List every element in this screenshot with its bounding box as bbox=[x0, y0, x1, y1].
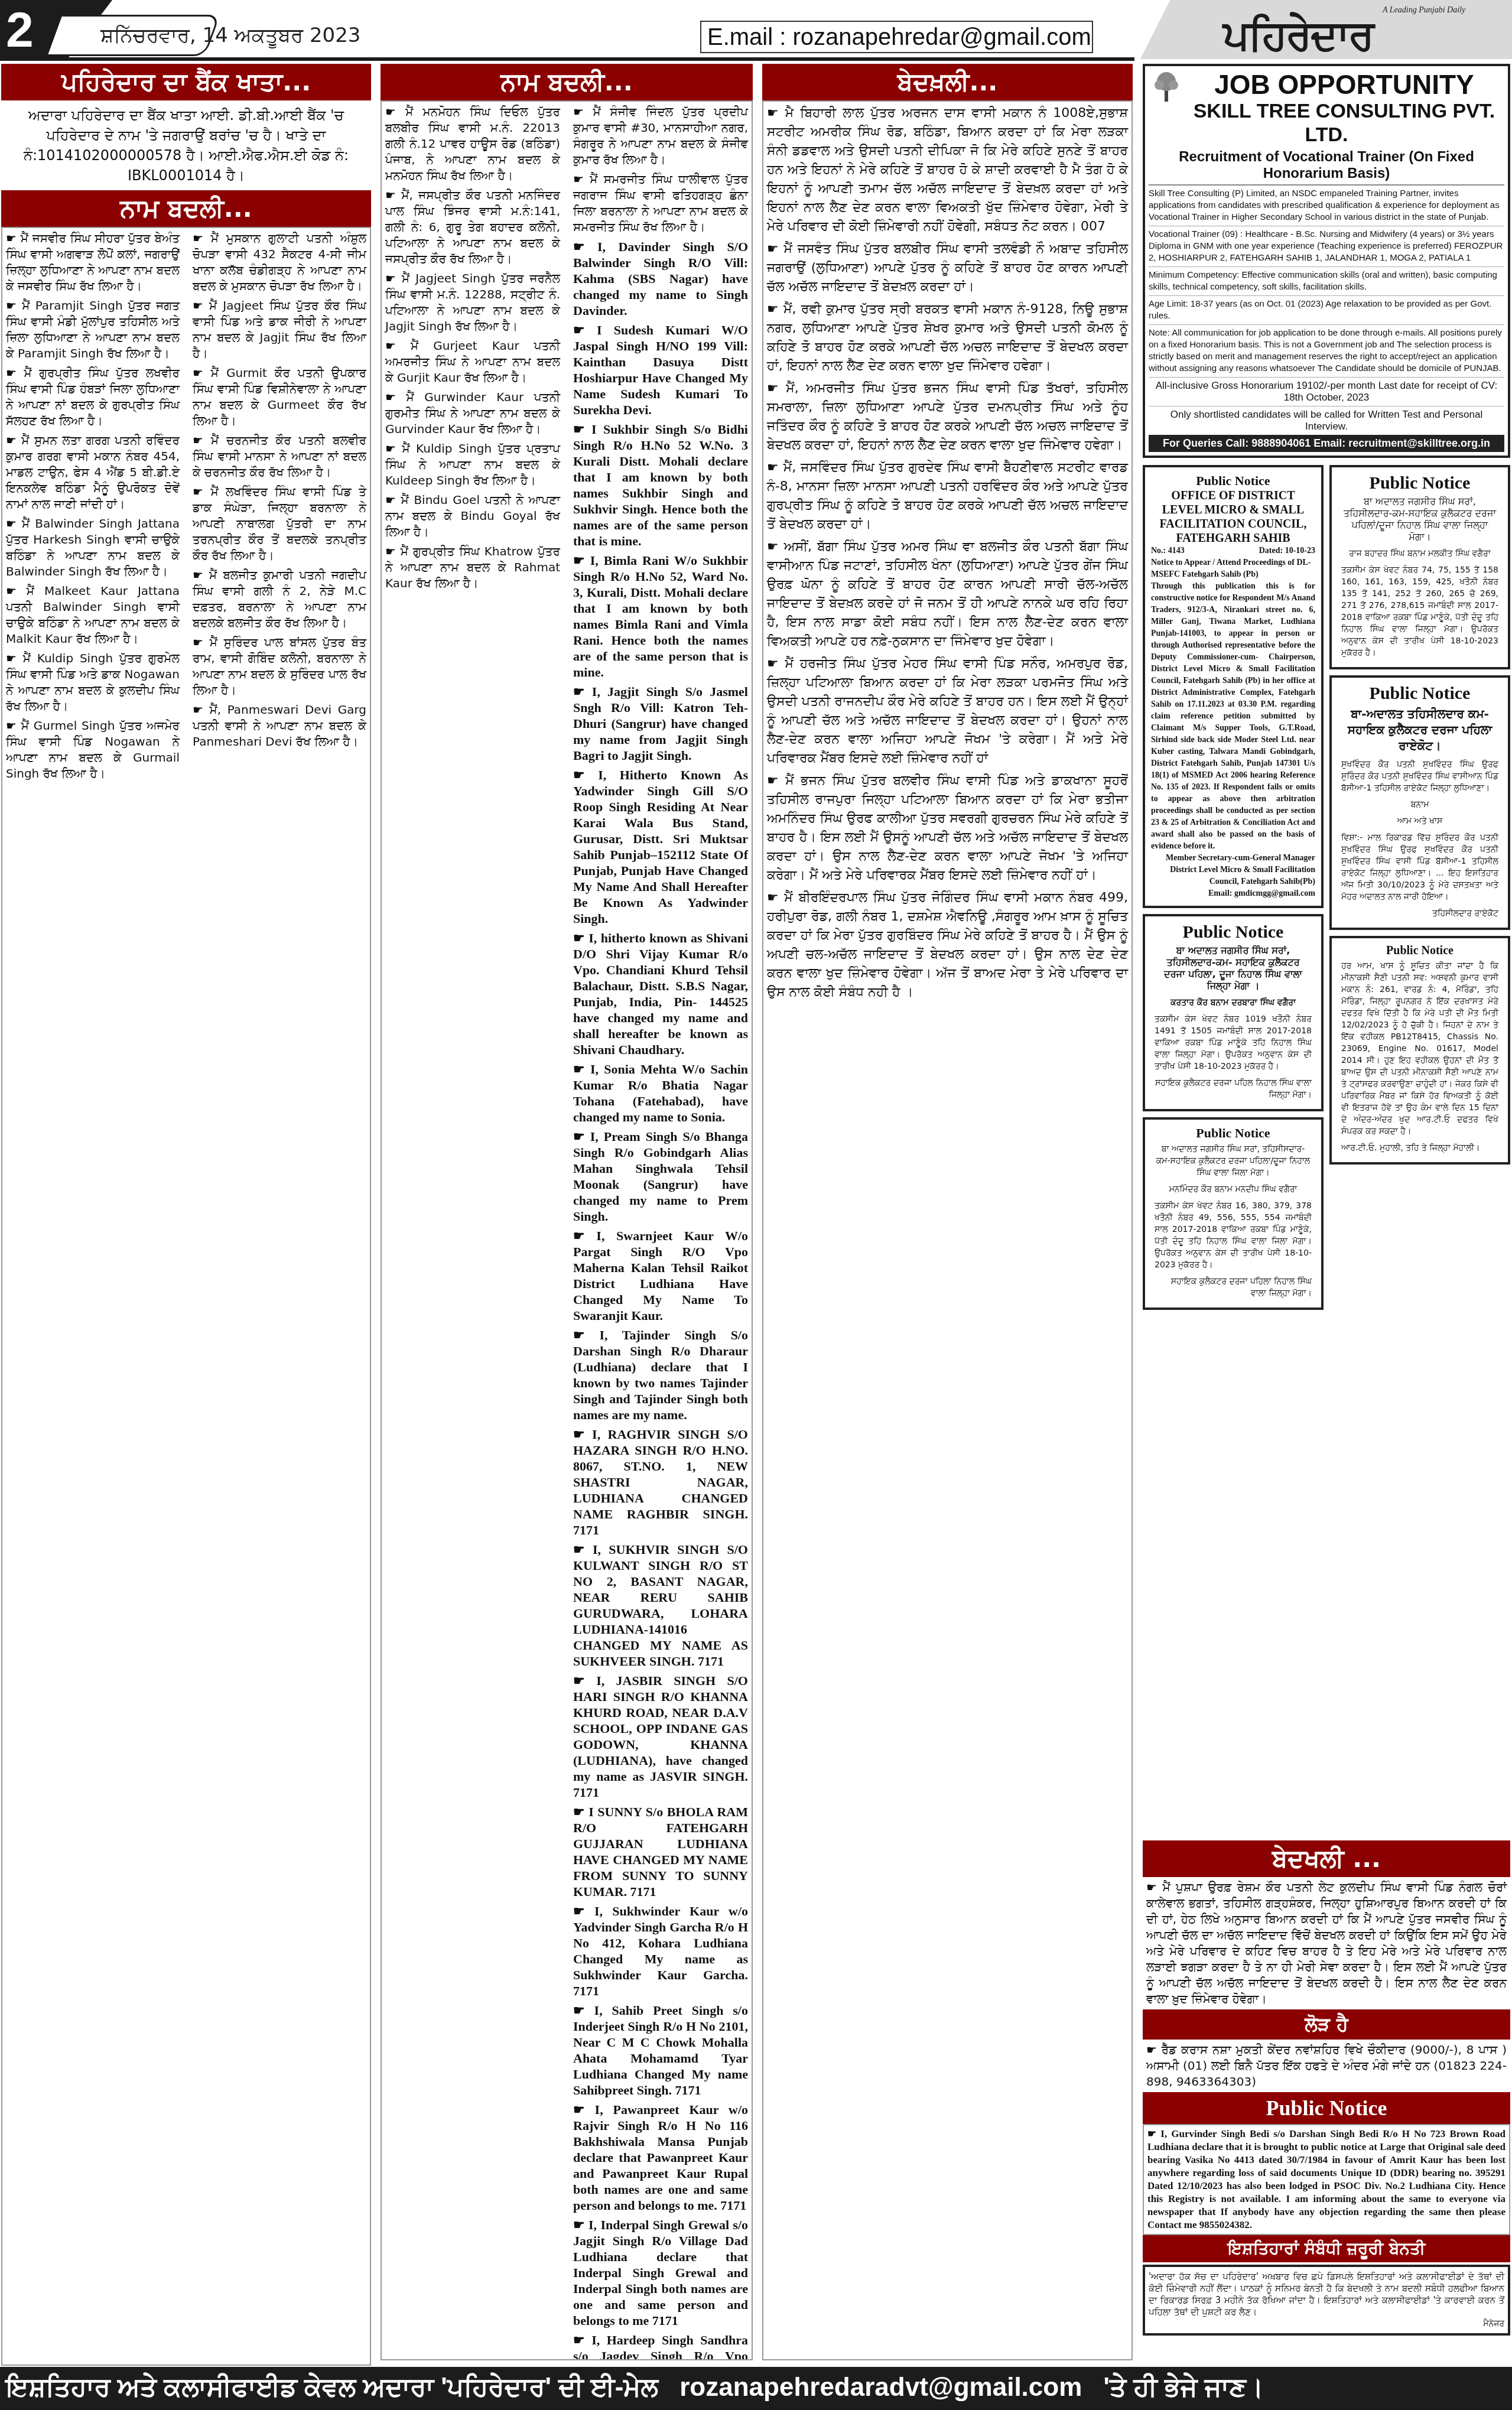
msefc-notice: Public Notice OFFICE OF DISTRICT LEVEL M… bbox=[1143, 465, 1324, 908]
notice-court: ਬਾ ਅਦਾਲਤ ਜਗਸੀਰ ਸਿੰਘ ਸਰਾਂ, ਤਹਿਸੀਲਦਾਰ-ਕਮ- … bbox=[1151, 942, 1315, 994]
header-rule bbox=[0, 57, 1134, 61]
notice-title: Public Notice bbox=[1151, 1126, 1315, 1141]
list-item: ਮੈਂ ਜਸਵੰਤ ਸਿੰਘ ਪੁੱਤਰ ਬਲਬੀਰ ਸਿੰਘ ਵਾਸੀ ਤਲਵ… bbox=[767, 240, 1128, 297]
list-item: ਮੈਂ Gurmit ਕੌਰ ਪਤਨੀ ਉਪਕਾਰ ਸਿੰਘ ਵਾਸੀ ਪਿੰਡ… bbox=[193, 365, 366, 429]
list-item: ਮੈਂ ਗੁਰਪ੍ਰੀਤ ਸਿੰਘ Khatrow ਪੁੱਤਰ ਨੇ ਆਪਣਾ … bbox=[385, 544, 560, 591]
notice-body: ਤਕਸੀਮ ਕੇਸ ਖੇਵਟ ਨੰਬਰ 1019 ਖਤੌਨੀ ਨੰਬਰ 1491… bbox=[1151, 1011, 1315, 1075]
list-item: I Sukhbir Singh S/o Bidhi Singh R/o H.No… bbox=[573, 421, 748, 549]
list-item: I, Hardeep Singh Sandhra s/o Jagdev Sing… bbox=[573, 2332, 748, 2360]
notice-signatory: ਸਹਾਇਕ ਕੁਲੈਕਟਰ ਦਰਜਾ ਪਹਿਲ ਨਿਹਾਲ ਸਿੰਘ ਵਾਲਾ … bbox=[1151, 1075, 1315, 1103]
job-age-limit: Age Limit: 18-37 years (as on Oct. 01 (2… bbox=[1149, 296, 1504, 325]
list-item: I SUNNY S/o BHOLA RAM R/O FATEHGARH GUJJ… bbox=[573, 1804, 748, 1900]
list-item: I, hitherto known as Shivani D/O Shri Vi… bbox=[573, 930, 748, 1058]
list-item: ਮੈਂ, Panmeswari Devi Garg ਪਤਨੀ ਵਾਸੀ ਨੇ ਆ… bbox=[193, 702, 366, 750]
list-item: I, Hitherto Known As Yadwinder Singh Gil… bbox=[573, 767, 748, 926]
job-shortlist: Only shortlisted candidates will be call… bbox=[1149, 406, 1504, 435]
list-item: ਮੈਂ ਹਰਜੀਤ ਸਿੰਘ ਪੁੱਤਰ ਮੇਹਰ ਸਿੰਘ ਵਾਸੀ ਪਿੰਡ… bbox=[767, 655, 1128, 768]
raikot-notice: Public Notice ਬਾ-ਅਦਾਲਤ ਤਹਿਸੀਲਦਾਰ ਕਮ-ਸਹਾਇ… bbox=[1329, 675, 1510, 930]
notice-court: ਬਾ ਅਦਾਲਤ ਜਗਸੀਰ ਸਿੰਘ ਸਰਾਂ, ਤਹਿਸੀਲਦਾਰ-ਕਮ-ਸ… bbox=[1338, 493, 1502, 545]
job-queries: For Queries Call: 9888904061 Email: recr… bbox=[1149, 435, 1504, 452]
list-item: I, SUKHVIR SINGH S/O KULWANT SINGH R/O S… bbox=[573, 1541, 748, 1669]
list-item: ਮੈਂ, ਜਸਪ੍ਰੀਤ ਕੌਰ ਪਤਨੀ ਮਨਜਿੰਦਰ ਪਾਲ ਸਿੰਘ ਝ… bbox=[385, 187, 560, 267]
list-item: ਮੈਂ ਬਲਜੀਤ ਕੁਮਾਰੀ ਪਤਨੀ ਜਗਦੀਪ ਸਿੰਘ ਵਾਸੀ ਗਲ… bbox=[193, 567, 366, 631]
notice-number: No.: 4143 bbox=[1151, 545, 1185, 557]
job-intro: Skill Tree Consulting (P) Limited, an NS… bbox=[1149, 186, 1504, 226]
footer-banner: ਇਸ਼ਤਿਹਾਰ ਅਤੇ ਕਲਾਸੀਫਾਈਡ ਕੇਵਲ ਅਦਾਰਾ 'ਪਹਿਰੇ… bbox=[0, 2367, 1512, 2410]
list-item: ਮੈਂ Kuldip Singh ਪੁੱਤਰ ਪ੍ਰਤਾਪ ਸਿੰਘ ਨੇ ਆਪ… bbox=[385, 441, 560, 489]
job-title: JOB OPPORTUNITY bbox=[1149, 70, 1504, 99]
notice-versus: ਬਨਾਮ bbox=[1338, 796, 1502, 813]
disinheritance-banner: ਬੇਦਖ਼ਲੀ... bbox=[762, 64, 1133, 100]
list-item: I Sudesh Kumari W/O Jaspal Singh H/NO 19… bbox=[573, 322, 748, 418]
notice-title: Public Notice bbox=[1338, 684, 1502, 704]
list-item: ਮੈਂ Jagjeet Singh ਪੁੱਤਰ ਜਰਨੈਲ ਸਿੰਘ ਵਾਸੀ … bbox=[385, 271, 560, 334]
disclaimer-sign: ਮੈਨੇਜਰ bbox=[1149, 2318, 1504, 2330]
list-item: ਮੈ ਬਿਹਾਰੀ ਲਾਲ ਪੁੱਤਰ ਅਰਜਨ ਦਾਸ ਵਾਸੀ ਮਕਾਨ ਨ… bbox=[767, 104, 1128, 236]
notice-signatory: ਤਹਿਸੀਲਦਾਰ ਰਾਏਕੋਟ bbox=[1338, 905, 1502, 922]
notice-parties: ਸੁਖਵਿੰਦਰ ਕੌਰ ਪਤਨੀ ਸੁਖਵਿੰਦਰ ਸਿੰਘ ਉਰਫ ਸੁਰਿ… bbox=[1338, 756, 1502, 796]
footer-email[interactable]: rozanapehredaradvt@gmail.com bbox=[679, 2373, 1082, 2402]
wanted-entry: ਰੈੱਡ ਕਰਾਸ ਨਸ਼ਾ ਮੁਕਤੀ ਕੇਂਦਰ ਨਵਾਂਸ਼ਹਿਰ ਵਿਖ… bbox=[1143, 2040, 1510, 2092]
masthead: 2 ਸ਼ਨਿੱਚਰਵਾਰ, 14 ਅਕਤੂਬਰ 2023 E.mail : ro… bbox=[0, 0, 1512, 59]
list-item: I, Bimla Rani W/o Sukhbir Singh R/o H.No… bbox=[573, 552, 748, 680]
email-box[interactable]: E.mail : rozanapehredar@gmail.com bbox=[700, 21, 1093, 53]
disclaimer-banner: ਇਸ਼ਤਿਹਾਰਾਂ ਸੰਬੰਧੀ ਜ਼ਰੂਰੀ ਬੇਨਤੀ bbox=[1143, 2235, 1510, 2262]
wanted-banner: ਲੋੜ ਹੈ bbox=[1143, 2009, 1510, 2040]
list-item: ਅਸੀਂ, ਬੱਗਾ ਸਿੰਘ ਪੁੱਤਰ ਅਮਰ ਸਿੰਘ ਵਾ ਬਲਜੀਤ … bbox=[767, 538, 1128, 651]
notice-signatory: ਸਹਾਇਕ ਕੁਲੈਕਟਰ ਦਰਜਾ ਪਹਿਲਾ ਨਿਹਾਲ ਸਿੰਘ ਵਾਲਾ… bbox=[1151, 1273, 1315, 1302]
list-item: ਮੈਂ ਬੀਰਇੰਦਰਪਾਲ ਸਿੰਘ ਪੁੱਤਰ ਜੋਗਿੰਦਰ ਸਿੰਘ ਵ… bbox=[767, 889, 1128, 1002]
list-item: ਮੈਂ ਲਖਵਿੰਦਰ ਸਿੰਘ ਵਾਸੀ ਪਿੰਡ ਤੇ ਡਾਕ ਸੰਘੇੜਾ… bbox=[193, 484, 366, 564]
name-change-right: ਮੈਂ ਮੁਸਕਾਨ ਗੁਲਾਟੀ ਪਤਨੀ ਅੰਸ਼ੁਲ ਚੋਪੜਾ ਵਾਸੀ… bbox=[189, 228, 370, 2365]
notice-parties: ਕਰਤਾਰ ਕੌਰ ਬਨਾਮ ਦਰਬਾਰਾ ਸਿੰਘ ਵਗੈਰਾ bbox=[1151, 994, 1315, 1011]
list-item: I, RAGHVIR SINGH S/O HAZARA SINGH R/O H.… bbox=[573, 1426, 748, 1538]
job-subtitle: Recruitment of Vocational Trainer (On Fi… bbox=[1149, 147, 1504, 186]
job-ad: JOB OPPORTUNITY SKILL TREE CONSULTING PV… bbox=[1143, 64, 1510, 458]
disclaimer-text: 'ਅਦਾਰਾ ਹੱਕ ਸੱਚ ਦਾ ਪਹਿਰੇਦਾਰ' ਅਖ਼ਬਾਰ ਵਿਚ ਛ… bbox=[1149, 2271, 1504, 2318]
list-item: ਮੈਂ Malkeet Kaur Jattana ਪਤਨੀ Balwinder … bbox=[6, 583, 180, 647]
job-note: Note: All communication for job applicat… bbox=[1149, 325, 1504, 378]
notice-body: ਵਿਸ਼ਾ:- ਮਾਲ ਰਿਕਾਰਡ ਵਿੱਚ ਸੁਰਿੰਦਰ ਕੌਰ ਪਤਨੀ… bbox=[1338, 830, 1502, 905]
list-item: ਮੈਂ ਸੁਰਿੰਦਰ ਪਾਲ ਬਾਂਸਲ ਪੁੱਤਰ ਬੰਤ ਰਾਮ, ਵਾਸ… bbox=[193, 635, 366, 698]
list-item: I, Jagjit Singh S/o Jasmel Sngh R/o Vill… bbox=[573, 684, 748, 763]
bank-details: ਅਦਾਰਾ ਪਹਿਰੇਦਾਰ ਦਾ ਬੈਂਕ ਖਾਤਾ ਆਈ. ਡੀ.ਬੀ.ਆਈ… bbox=[1, 100, 371, 190]
name-change-banner-2: ਨਾਮ ਬਦਲੀ... bbox=[381, 64, 753, 100]
bedakhli-entry: ਮੈਂ ਪੁਸ਼ਪਾ ਉਰਫ਼ ਰੇਸ਼ਮ ਕੌਰ ਪਤਨੀ ਲੇਟ ਕੁਲਦੀ… bbox=[1143, 1877, 1510, 2009]
notice-title: Public Notice bbox=[1338, 944, 1502, 958]
tagline: A Leading Punjabi Daily bbox=[1383, 6, 1465, 15]
list-item: I, Pream Singh S/o Bhanga Singh R/o Gobi… bbox=[573, 1128, 748, 1224]
job-honorarium: All-inclusive Gross Honorarium 19102/-pe… bbox=[1149, 378, 1504, 406]
raj-bahadur-notice: Public Notice ਬਾ ਅਦਾਲਤ ਜਗਸੀਰ ਸਿੰਘ ਸਰਾਂ, … bbox=[1329, 465, 1510, 669]
bottom-right-block: ਬੇਦਖਲੀ ... ਮੈਂ ਪੁਸ਼ਪਾ ਉਰਫ਼ ਰੇਸ਼ਮ ਕੌਰ ਪਤਨ… bbox=[1143, 1840, 1510, 2363]
kartar-kaur-notice: Public Notice ਬਾ ਅਦਾਲਤ ਜਗਸੀਰ ਸਿੰਘ ਸਰਾਂ, … bbox=[1143, 914, 1324, 1111]
notice-body: ਤਕਸੀਮ ਕੇਸ ਖੇਵਟ ਨੰਬਰ 16, 380, 379, 378 ਖਤ… bbox=[1151, 1198, 1315, 1273]
rto-notice: Public Notice ਹਰ ਆਮ, ਖਾਸ ਨੂੰ ਸੂਚਿਤ ਕੀਤਾ … bbox=[1329, 936, 1510, 1165]
public-notice-entry: I, Gurvinder Singh Bedi s/o Darshan Sing… bbox=[1143, 2124, 1510, 2235]
tree-logo-icon bbox=[1149, 70, 1184, 105]
name-change-banner: ਨਾਮ ਬਦਲੀ... bbox=[1, 190, 371, 227]
notice-title: Public Notice bbox=[1338, 473, 1502, 493]
column-ads-notices: JOB OPPORTUNITY SKILL TREE CONSULTING PV… bbox=[1143, 64, 1510, 1310]
list-item: ਮੈਂ ਗੁਰਪ੍ਰੀਤ ਸਿੰਘ ਪੁੱਤਰ ਲਖਵੀਰ ਸਿੰਘ ਵਾਸੀ … bbox=[6, 365, 180, 429]
notice-court: ਬਾ ਅਦਾਲਤ ਜਗਸੀਰ ਸਿੰਘ ਸਰਾਂ, ਤਹਿਸੀਸਦਾਰ-ਕਮ-ਸ… bbox=[1151, 1141, 1315, 1181]
disinheritance-list: ਮੈ ਬਿਹਾਰੀ ਲਾਲ ਪੁੱਤਰ ਅਰਜਨ ਦਾਸ ਵਾਸੀ ਮਕਾਨ ਨ… bbox=[762, 100, 1133, 2360]
name-change-list-2: ਮੈਂ ਮਨਮੋਹਨ ਸਿੰਘ ਦਿਓਲ ਪੁੱਤਰ ਬਲਬੀਰ ਸਿੰਘ ਵਾ… bbox=[381, 100, 753, 2360]
column-bank-namechange: ਪਹਿਰੇਦਾਰ ਦਾ ਬੈਂਕ ਖਾਤਾ... ਅਦਾਰਾ ਪਹਿਰੇਦਾਰ … bbox=[1, 64, 371, 2366]
name-change-left: ਮੈਂ ਜਸਵੀਰ ਸਿੰਘ ਸੀਹਰਾ ਪੁੱਤਰ ਬੇਅੰਤ ਸਿੰਘ ਵਾ… bbox=[2, 228, 183, 2365]
name-change-list: ਮੈਂ ਜਸਵੀਰ ਸਿੰਘ ਸੀਹਰਾ ਪੁੱਤਰ ਬੇਅੰਤ ਸਿੰਘ ਵਾ… bbox=[1, 227, 371, 2366]
list-item: ਮੈਂ ਸਮਰਜੀਤ ਸਿੰਘ ਧਾਲੀਵਾਲ ਪੁੱਤਰ ਜਗਰਾਜ ਸਿੰਘ… bbox=[573, 171, 748, 235]
list-item: ਮੈਂ, ਰਵੀ ਕੁਮਾਰ ਪੁੱਤਰ ਸ੍ਰੀ ਬਰਕਤ ਵਾਸੀ ਮਕਾਨ… bbox=[767, 300, 1128, 376]
list-item: ਮੈਂ Gurmel Singh ਪੁੱਤਰ ਅਜਮੇਰ ਸਿੰਘ ਵਾਸੀ ਪ… bbox=[6, 718, 180, 782]
list-item: ਮੈਂ ਚਰਨਜੀਤ ਕੌਰ ਪਤਨੀ ਬਲਵੀਰ ਸਿੰਘ ਵਾਸੀ ਮਾਨਸ… bbox=[193, 432, 366, 480]
list-item: ਮੈਂ, ਅਮਰਜੀਤ ਸਿੰਘ ਪੁੱਤਰ ਭਜਨ ਸਿੰਘ ਵਾਸੀ ਪਿੰ… bbox=[767, 379, 1128, 455]
notice-date: Dated: 10-10-23 bbox=[1259, 545, 1315, 557]
newspaper-logo: ਪਹਿਰੇਦਾਰ bbox=[1223, 11, 1373, 60]
list-item: I, Davinder Singh S/O Balwinder Singh R/… bbox=[573, 239, 748, 318]
list-item: ਮੈਂ ਭਜਨ ਸਿੰਘ ਪੁੱਤਰ ਬਲਵੀਰ ਸਿੰਘ ਵਾਸੀ ਪਿੰਡ … bbox=[767, 772, 1128, 885]
notice-respondent: ਆਮ ਅਤੇ ਖਾਸ bbox=[1338, 813, 1502, 830]
notice-signatory: Member Secretary-cum-General Manager Dis… bbox=[1151, 853, 1315, 888]
list-item: I, Sonia Mehta W/o Sachin Kumar R/o Bhat… bbox=[573, 1061, 748, 1125]
list-item: ਮੈਂ Gurwinder Kaur ਪਤਨੀ ਗੁਰਮੀਤ ਸਿੰਘ ਨੇ ਆ… bbox=[385, 389, 560, 437]
bank-banner: ਪਹਿਰੇਦਾਰ ਦਾ ਬੈਂਕ ਖਾਤਾ... bbox=[1, 64, 371, 100]
notice-court: ਬਾ-ਅਦਾਲਤ ਤਹਿਸੀਲਦਾਰ ਕਮ-ਸਹਾਇਕ ਕੁਲੈਕਟਰ ਦਰਜਾ… bbox=[1338, 704, 1502, 756]
list-item: I, Inderpal Singh Grewal s/o Jagjit Sing… bbox=[573, 2217, 748, 2328]
list-item: I, Sahib Preet Singh s/o Inderjeet Singh… bbox=[573, 2002, 748, 2098]
list-item: ਮੈਂ ਜਸਵੀਰ ਸਿੰਘ ਸੀਹਰਾ ਪੁੱਤਰ ਬੇਅੰਤ ਸਿੰਘ ਵਾ… bbox=[6, 230, 180, 294]
footer-text-end: 'ਤੇ ਹੀ ਭੇਜੇ ਜਾਣ। bbox=[1104, 2373, 1264, 2402]
list-item: ਮੈਂ Bindu Goel ਪਤਨੀ ਨੇ ਆਪਣਾ ਨਾਮ ਬਦਲ ਕੇ B… bbox=[385, 492, 560, 540]
notice-body: Through this publication this is for con… bbox=[1151, 581, 1315, 853]
list-item: I, Sukhwinder Kaur w/o Yadvinder Singh G… bbox=[573, 1903, 748, 1999]
name-change-left-2: ਮੈਂ ਮਨਮੋਹਨ ਸਿੰਘ ਦਿਓਲ ਪੁੱਤਰ ਬਲਬੀਰ ਸਿੰਘ ਵਾ… bbox=[382, 102, 564, 2359]
job-competency: Minimum Competency: Effective communicat… bbox=[1149, 267, 1504, 296]
list-item: ਮੈਂ Balwinder Singh Jattana ਪੁੱਤਰ Harkes… bbox=[6, 516, 180, 580]
list-item: ਮੈਂ Paramjit Singh ਪੁੱਤਰ ਜਗਤ ਸਿੰਘ ਵਾਸੀ ਮ… bbox=[6, 298, 180, 362]
column-name-change-2: ਨਾਮ ਬਦਲੀ... ਮੈਂ ਮਨਮੋਹਨ ਸਿੰਘ ਦਿਓਲ ਪੁੱਤਰ ਬ… bbox=[381, 64, 753, 2360]
list-item: ਮੈਂ, ਜਸਵਿੰਦਰ ਸਿੰਘ ਪੁੱਤਰ ਗੁਰਦੇਵ ਸਿੰਘ ਵਾਸੀ… bbox=[767, 458, 1128, 534]
notices-grid: Public Notice OFFICE OF DISTRICT LEVEL M… bbox=[1143, 465, 1510, 1310]
notices-right: Public Notice ਬਾ ਅਦਾਲਤ ਜਗਸੀਰ ਸਿੰਘ ਸਰਾਂ, … bbox=[1329, 465, 1510, 1310]
bedakhli-banner-2: ਬੇਦਖਲੀ ... bbox=[1143, 1840, 1510, 1877]
list-item: ਮੈਂ Kuldip Singh ਪੁੱਤਰ ਗੁਰਮੇਲ ਸਿੰਘ ਵਾਸੀ … bbox=[6, 651, 180, 714]
job-position: Vocational Trainer (09) : Healthcare - B… bbox=[1149, 226, 1504, 267]
list-item: I, JASBIR SINGH S/O HARI SINGH R/O KHANN… bbox=[573, 1673, 748, 1800]
list-item: ਮੈਂ ਮੁਸਕਾਨ ਗੁਲਾਟੀ ਪਤਨੀ ਅੰਸ਼ੁਲ ਚੋਪੜਾ ਵਾਸੀ… bbox=[193, 230, 366, 294]
list-item: I, Pawanpreet Kaur w/o Rajvir Singh R/o … bbox=[573, 2102, 748, 2213]
notice-parties: ਰਾਜ ਬਹਾਦਰ ਸਿੰਘ ਬਨਾਮ ਮਲਕੀਤ ਸਿੰਘ ਵਗੈਰਾ bbox=[1338, 545, 1502, 562]
notice-ref: No.: 4143Dated: 10-10-23 bbox=[1151, 545, 1315, 557]
column-disinheritance: ਬੇਦਖ਼ਲੀ... ਮੈ ਬਿਹਾਰੀ ਲਾਲ ਪੁੱਤਰ ਅਰਜਨ ਦਾਸ … bbox=[762, 64, 1133, 2360]
notice-title: Public Notice bbox=[1151, 473, 1315, 489]
notice-subject: Notice to Appear / Attend Proceedings of… bbox=[1151, 557, 1315, 581]
company-name: SKILL TREE CONSULTING PVT. LTD. bbox=[1149, 99, 1504, 147]
list-item: I, Tajinder Singh S/o Darshan Singh R/o … bbox=[573, 1327, 748, 1423]
footer-text: ਇਸ਼ਤਿਹਾਰ ਅਤੇ ਕਲਾਸੀਫਾਈਡ ਕੇਵਲ ਅਦਾਰਾ 'ਪਹਿਰੇ… bbox=[6, 2373, 658, 2402]
name-change-right-2: ਮੈਂ ਸੰਜੀਵ ਜਿੰਦਲ ਪੁੱਤਰ ਪ੍ਰਦੀਪ ਕੁਮਾਰ ਵਾਸੀ … bbox=[570, 102, 752, 2359]
manminder-notice: Public Notice ਬਾ ਅਦਾਲਤ ਜਗਸੀਰ ਸਿੰਘ ਸਰਾਂ, … bbox=[1143, 1117, 1324, 1310]
issue-date: ਸ਼ਨਿੱਚਰਵਾਰ, 14 ਅਕਤੂਬਰ 2023 bbox=[100, 24, 360, 47]
notice-body: ਹਰ ਆਮ, ਖਾਸ ਨੂੰ ਸੂਚਿਤ ਕੀਤਾ ਜਾਂਦਾ ਹੈ ਕਿ ਮੀ… bbox=[1338, 958, 1502, 1140]
public-notice-banner: Public Notice bbox=[1143, 2092, 1510, 2124]
notice-body: ਤਕਸੀਮ ਕੇਸ ਖੇਵਟ ਨੰਬਰ 74, 75, 155 ਤੋਂ 158 … bbox=[1338, 562, 1502, 661]
list-item: ਮੈਂ Jagjeet ਸਿੰਘ ਪੁੱਤਰ ਕੌਰ ਸਿੰਘ ਵਾਸੀ ਪਿੰ… bbox=[193, 298, 366, 362]
list-item: ਮੈਂ ਸੁਮਨ ਲਤਾ ਗਰਗ ਪਤਨੀ ਰਵਿੰਦਰ ਕੁਮਾਰ ਗਰਗ ਵ… bbox=[6, 432, 180, 512]
disclaimer-box: 'ਅਦਾਰਾ ਹੱਕ ਸੱਚ ਦਾ ਪਹਿਰੇਦਾਰ' ਅਖ਼ਬਾਰ ਵਿਚ ਛ… bbox=[1143, 2265, 1510, 2336]
notice-signatory: ਆਰ.ਟੀ.ਓ. ਮੁਹਾਲੀ, ਤਹਿ ਤੇ ਜਿਲ੍ਹਾ ਮੋਹਾਲੀ। bbox=[1338, 1140, 1502, 1156]
notice-email[interactable]: Email: gmdicmgg@gmail.com bbox=[1151, 888, 1315, 900]
list-item: ਮੈਂ ਸੰਜੀਵ ਜਿੰਦਲ ਪੁੱਤਰ ਪ੍ਰਦੀਪ ਕੁਮਾਰ ਵਾਸੀ … bbox=[573, 104, 748, 168]
list-item: ਮੈਂ ਮਨਮੋਹਨ ਸਿੰਘ ਦਿਓਲ ਪੁੱਤਰ ਬਲਬੀਰ ਸਿੰਘ ਵਾ… bbox=[385, 104, 560, 184]
list-item: ਮੈਂ Gurjeet Kaur ਪਤਨੀ ਅਮਰਜੀਤ ਸਿੰਘ ਨੇ ਆਪਣ… bbox=[385, 338, 560, 386]
notice-title: Public Notice bbox=[1151, 922, 1315, 942]
notices-left: Public Notice OFFICE OF DISTRICT LEVEL M… bbox=[1143, 465, 1324, 1310]
notice-office: OFFICE OF DISTRICT LEVEL MICRO & SMALL F… bbox=[1151, 489, 1315, 545]
notice-parties: ਮਨਮਿੰਦਰ ਕੌਰ ਬਨਾਮ ਮਨਦੀਪ ਸਿੰਘ ਵਗੈਰਾ bbox=[1151, 1181, 1315, 1198]
list-item: I, Swarnjeet Kaur W/o Pargat Singh R/O V… bbox=[573, 1228, 748, 1323]
